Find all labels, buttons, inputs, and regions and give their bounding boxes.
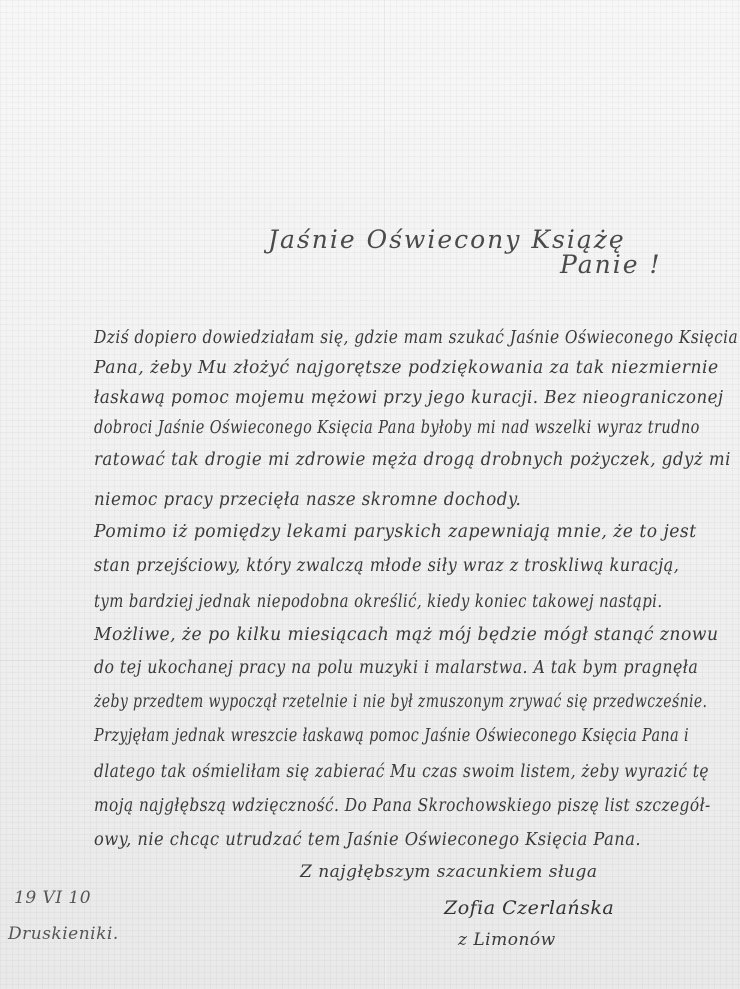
body-line: łaskawą pomoc mojemu mężowi przy jego ku… — [94, 388, 724, 408]
body-line: Pomimo iż pomiędzy lekami paryskich zape… — [94, 522, 697, 542]
body-line: Pana, żeby Mu złożyć najgorętsze podzięk… — [94, 358, 719, 378]
signature-subline: z Limonów — [458, 930, 556, 950]
body-line: ratować tak drogie mi zdrowie męża drogą… — [94, 450, 731, 470]
signature: Zofia Czerlańska — [444, 897, 614, 919]
body-line: stan przejściowy, który zwalczą młode si… — [94, 556, 679, 576]
body-line: żeby przedtem wypoczął rzetelnie i nie b… — [94, 692, 707, 712]
letter-date: 19 VI 10 — [14, 888, 91, 908]
salutation-line-2: Panie ! — [560, 250, 662, 279]
letter-page: Jaśnie Oświecony Książę Panie ! Dziś dop… — [0, 0, 740, 989]
body-line: niemoc pracy przecięła nasze skromne doc… — [94, 490, 521, 510]
body-line: do tej ukochanej pracy na polu muzyki i … — [94, 658, 698, 678]
closing-line: Z najgłębszym szacunkiem sługa — [300, 862, 597, 882]
body-line: moją najgłębszą wdzięczność. Do Pana Skr… — [94, 796, 711, 816]
body-line: Przyjęłam jednak wreszcie łaskawą pomoc … — [94, 726, 689, 746]
body-line: owy, nie chcąc utrudzać tem Jaśnie Oświe… — [94, 830, 641, 850]
body-line: Dziś dopiero dowiedziałam się, gdzie mam… — [94, 328, 738, 348]
body-line: dobroci Jaśnie Oświeconego Księcia Pana … — [94, 418, 700, 438]
body-line: tym bardziej jednak niepodobna określić,… — [94, 592, 662, 612]
body-line: dlatego tak ośmieliłam się zabierać Mu c… — [94, 762, 709, 782]
body-line: Możliwe, że po kilku miesiącach mąż mój … — [94, 625, 718, 645]
letter-place: Druskieniki. — [8, 924, 119, 944]
